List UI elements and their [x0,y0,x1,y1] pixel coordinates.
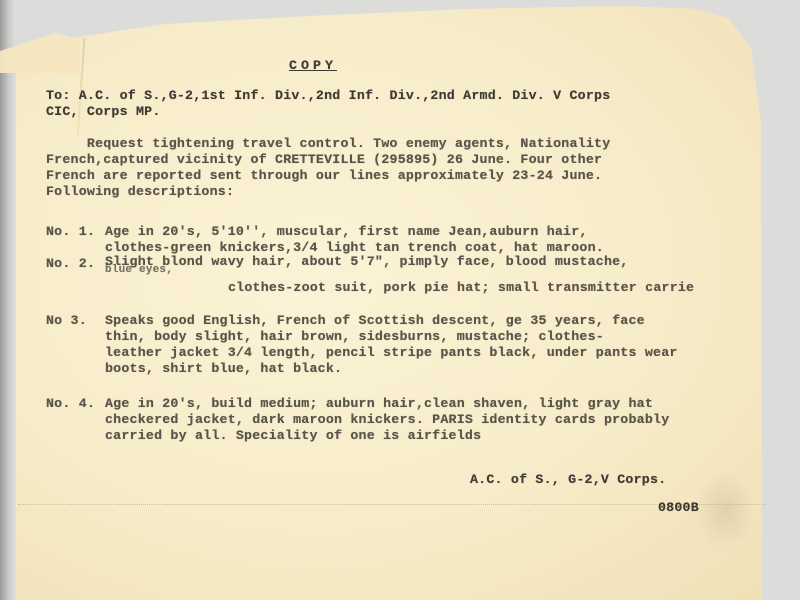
to-line-1: To: A.C. of S.,G-2,1st Inf. Div.,2nd Inf… [46,88,610,104]
to-line-2: CIC, Corps MP. [46,104,161,120]
document-heading: COPY [289,58,337,74]
description-line: thin, body slight, hair brown, sidesburn… [105,329,604,345]
description-continuation: clothes-zoot suit, pork pie hat; small t… [228,280,694,296]
description-line: Slight blond wavy hair, about 5'7", pimp… [105,254,628,270]
intro-line-3: French are reported sent through our lin… [46,168,602,184]
description-number: No 3. [46,313,87,329]
time-code: 0800B [658,500,699,516]
intro-line-1: Request tightening travel control. Two e… [46,136,610,152]
description-line: leather jacket 3/4 length, pencil stripe… [105,345,678,361]
paper-stain [695,470,755,550]
description-line: Age in 20's, build medium; auburn hair,c… [105,396,653,412]
description-line: Speaks good English, French of Scottish … [105,313,645,329]
description-number: No. 1. [46,224,95,240]
description-line: checkered jacket, dark maroon knickers. … [105,412,669,428]
fold-line [18,504,766,506]
signature-block: A.C. of S., G-2,V Corps. [470,472,666,488]
description-line: carried by all. Speciality of one is air… [105,428,481,444]
description-line: Age in 20's, 5'10'', muscular, first nam… [105,224,588,240]
intro-line-2: French,captured vicinity of CRETTEVILLE … [46,152,602,168]
description-number: No. 4. [46,396,95,412]
description-number: No. 2. [46,256,95,272]
description-line-overstrike: blue eyes, [105,262,173,278]
description-line: boots, shirt blue, hat black. [105,361,342,377]
intro-line-4: Following descriptions: [46,184,234,200]
scan-background-edge [0,0,14,600]
